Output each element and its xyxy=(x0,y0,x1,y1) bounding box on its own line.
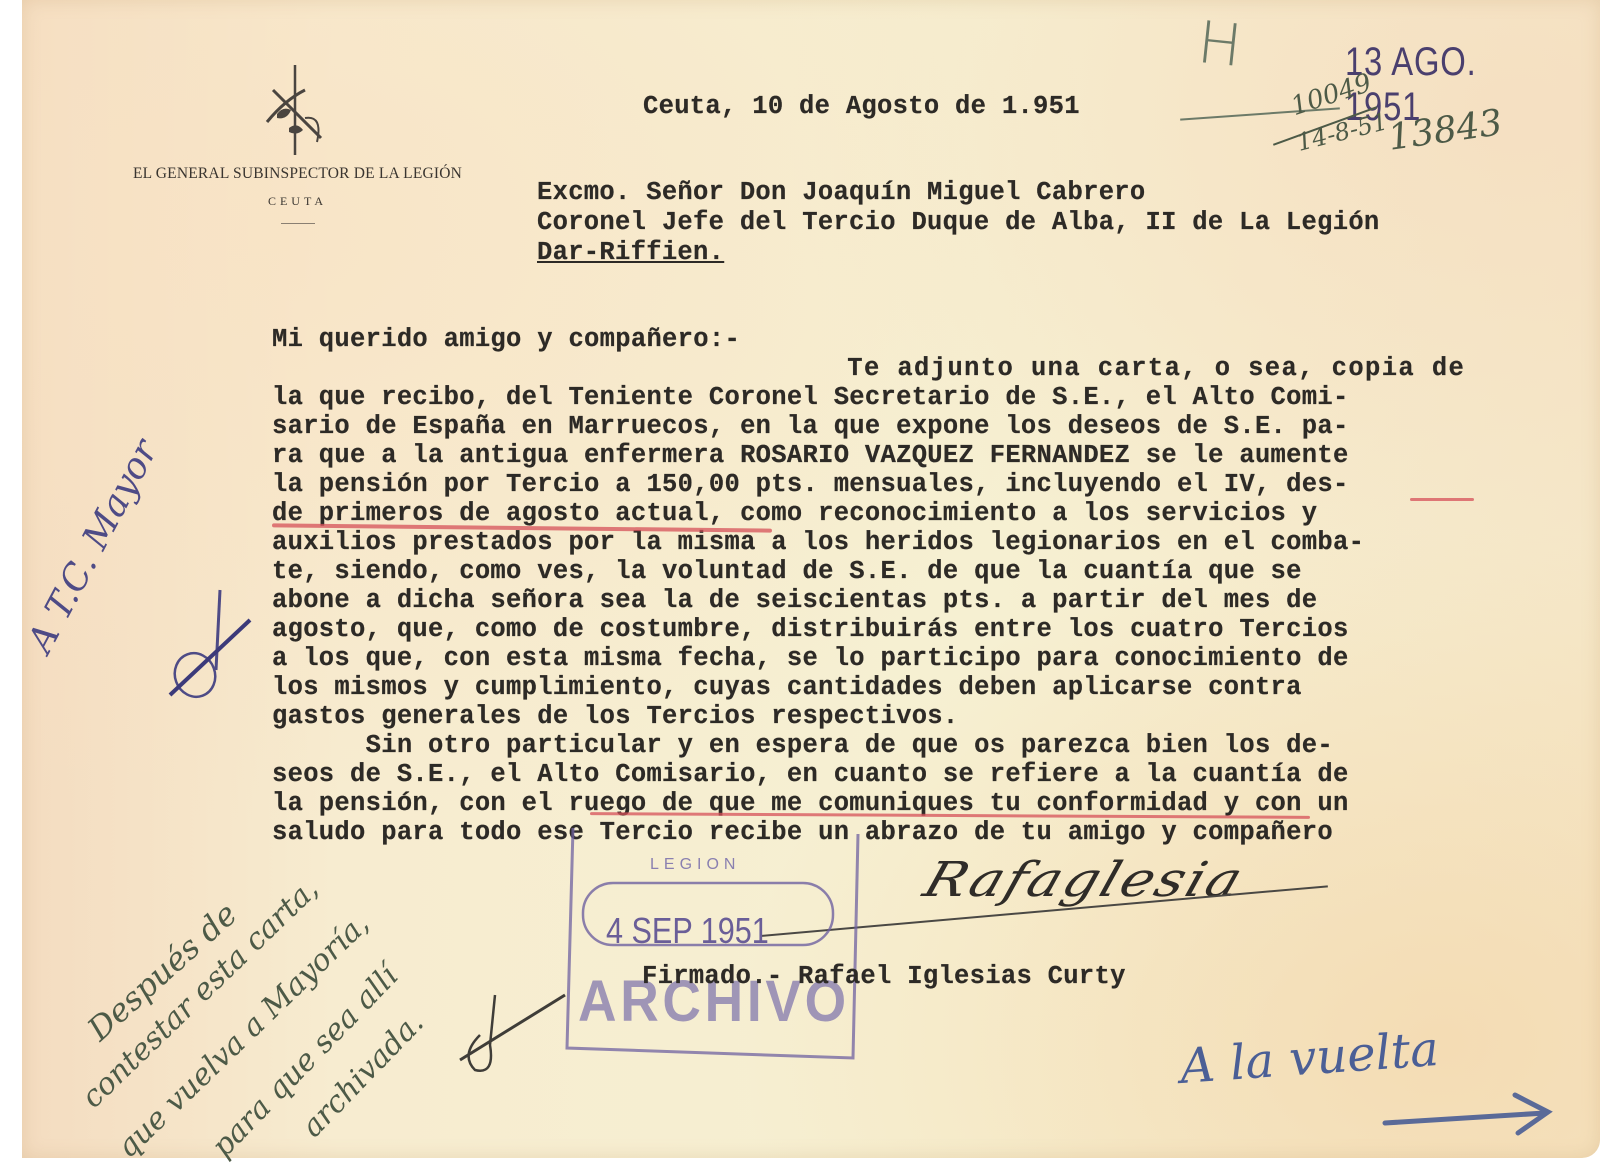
signed-line: Firmado.- Rafael Iglesias Curty xyxy=(642,962,1126,991)
salutation: Mi querido amigo y compañero:- xyxy=(272,325,740,354)
body-line: seos de S.E., el Alto Comisario, en cuan… xyxy=(272,760,1349,789)
body-line: a los que, con esta misma fecha, se lo p… xyxy=(272,644,1349,673)
body-line: te, siendo, como ves, la voluntad de S.E… xyxy=(272,557,1302,586)
initials-mark-left xyxy=(160,580,260,730)
letterhead-city: CEUTA xyxy=(110,194,485,209)
body-line: agosto, que, como de costumbre, distribu… xyxy=(272,615,1349,644)
recipient-line-3: Dar-Riffien. xyxy=(537,238,724,267)
body-line: la que recibo, del Teniente Coronel Secr… xyxy=(272,383,1349,412)
initials-mark-bottom xyxy=(440,975,580,1095)
place-date: Ceuta, 10 de Agosto de 1.951 xyxy=(643,92,1080,121)
archive-stamp-date: 4 SEP 1951 xyxy=(606,910,769,952)
recipient-line-1: Excmo. Señor Don Joaquín Miguel Cabrero xyxy=(537,178,1146,207)
body-line: los mismos y cumplimiento, cuyas cantida… xyxy=(272,673,1302,702)
handwritten-signature: Rafaglesia xyxy=(917,852,1252,908)
arrow-right-icon xyxy=(1380,1085,1560,1145)
letterhead-title: EL GENERAL SUBINSPECTOR DE LA LEGIÓN xyxy=(110,165,485,183)
body-line: la pensión por Tercio a 150,00 pts. mens… xyxy=(272,470,1349,499)
body-line: gastos generales de los Tercios respecti… xyxy=(272,702,959,731)
archive-stamp-header: LEGION xyxy=(650,856,740,874)
red-underline-des xyxy=(1410,498,1474,501)
letterhead: EL GENERAL SUBINSPECTOR DE LA LEGIÓN CEU… xyxy=(110,165,485,224)
body-line: auxilios prestados por la misma a los he… xyxy=(272,528,1364,557)
letterhead-divider xyxy=(281,223,315,224)
body-line: Te adjunto una carta, o sea, copia de xyxy=(580,354,1465,383)
letter-mark: H xyxy=(1195,8,1245,80)
body-line: de primeros de agosto actual, como recon… xyxy=(272,499,1317,528)
body-line: ra que a la antigua enfermera ROSARIO VA… xyxy=(272,441,1349,470)
recipient-line-2: Coronel Jefe del Tercio Duque de Alba, I… xyxy=(537,208,1380,237)
body-line: sario de España en Marruecos, en la que … xyxy=(272,412,1349,441)
legion-emblem-icon xyxy=(255,60,335,160)
body-line: abone a dicha señora sea la de seiscient… xyxy=(272,586,1317,615)
body-line: Sin otro particular y en espera de que o… xyxy=(272,731,1333,760)
